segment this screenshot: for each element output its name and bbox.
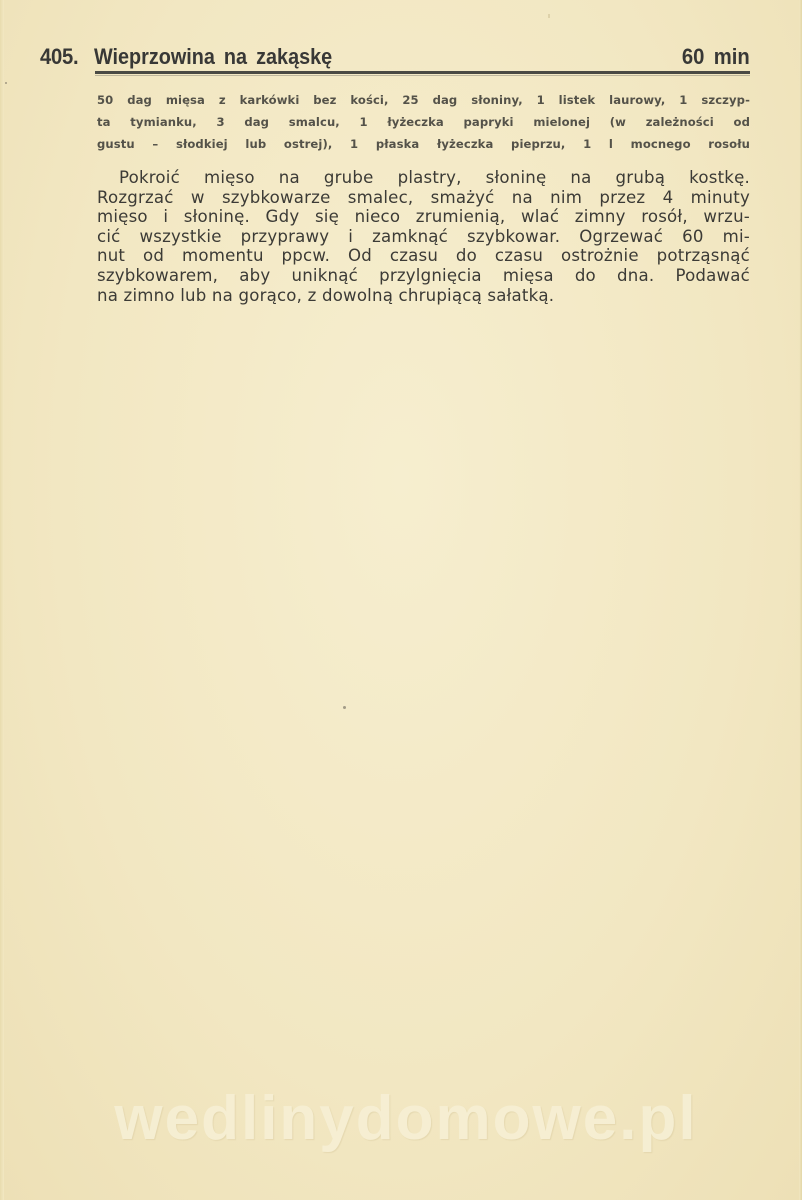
ingredients-list: 50 dag mięsa z karkówki bez kości, 25 da… xyxy=(97,89,750,155)
recipe-number: 405. xyxy=(40,44,78,70)
instructions-line: Pokroić mięso na grube plastry, słoninę … xyxy=(97,168,750,188)
instructions-line: na zimno lub na gorąco, z dowolną chrupi… xyxy=(97,286,750,306)
instructions-line: cić wszystkie przyprawy i zamknąć szybko… xyxy=(97,227,750,247)
title-underline-shadow xyxy=(95,75,750,76)
paper-speck xyxy=(343,706,346,709)
instructions-line: Rozgrzać w szybkowarze smalec, smażyć na… xyxy=(97,188,750,208)
ingredients-line: gustu – słodkiej lub ostrej), 1 płaska ł… xyxy=(97,133,750,155)
recipe-header: 405. Wieprzowina na zakąskę 60 min xyxy=(40,44,750,74)
instructions-line: mięso i słoninę. Gdy się nieco zrumienią… xyxy=(97,207,750,227)
instructions-line: nut od momentu ppcw. Od czasu do czasu o… xyxy=(97,246,750,266)
recipe-time: 60 min xyxy=(682,44,750,70)
paper-speck xyxy=(5,82,7,84)
instructions-paragraph: Pokroić mięso na grube plastry, słoninę … xyxy=(97,168,750,305)
paper-mark xyxy=(548,14,550,18)
instructions-line: szybkowarem, aby uniknąć przylgnięcia mi… xyxy=(97,266,750,286)
ingredients-line: 50 dag mięsa z karkówki bez kości, 25 da… xyxy=(97,89,750,111)
ingredients-line: ta tymianku, 3 dag smalcu, 1 łyżeczka pa… xyxy=(97,111,750,133)
watermark: wedlinydomowe.pl xyxy=(86,1083,726,1154)
scanned-page: 405. Wieprzowina na zakąskę 60 min 50 da… xyxy=(0,0,802,1200)
recipe-title: Wieprzowina na zakąskę xyxy=(94,44,332,70)
title-underline xyxy=(95,71,750,74)
page-left-edge xyxy=(0,0,4,1200)
